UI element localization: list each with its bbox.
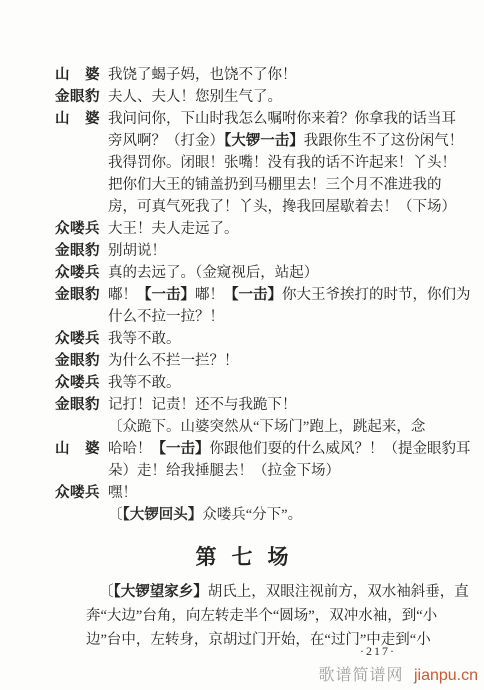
line-text: 我等不敢。	[108, 372, 458, 394]
script-line: 金眼豹夫人、夫人！您别生气了。	[55, 86, 458, 108]
text-segment: 我等不敢。	[108, 375, 181, 391]
line-text: 为什么不拦一拦？！	[108, 350, 458, 372]
speaker-label: 山 婆	[55, 64, 108, 86]
script-line: 房，可真气死我了！丫头，搀我回屋歇着去！（下场）	[55, 196, 458, 218]
text-segment: 大王！夫人走远了。	[108, 221, 239, 237]
line-text: 嘟！【一击】嘟！【一击】你大王爷挨打的时节，你们为	[108, 284, 471, 306]
text-segment: 房，可真气死我了！丫头，搀我回屋歇着去！（下场）	[108, 199, 456, 215]
percussion-cue: 【大锣望家乡】	[114, 584, 208, 600]
line-text: 〔【大锣回头】众喽兵“分下”。	[108, 504, 458, 526]
text-segment: 众喽兵“分下”。	[202, 507, 302, 523]
script-line: 众喽兵我等不敢。	[55, 372, 458, 394]
script-line: 金眼豹为什么不拦一拦？！	[55, 350, 458, 372]
text-segment: 嘟！	[108, 287, 137, 303]
text-segment: 旁风啊？（打金）	[108, 133, 224, 149]
line-text: 嘿！	[108, 482, 458, 504]
text-segment: 你大王爷挨打的时节，你们为	[282, 287, 471, 303]
speaker-label	[55, 306, 108, 328]
text-segment: 我问问你，下山时我怎么嘱咐你来着？你拿我的话当耳	[108, 111, 456, 127]
script-line: 什么不拉一拉？！	[55, 306, 458, 328]
text-segment: 你跟他们耍的什么威风？！（提金眼豹耳	[210, 441, 471, 457]
watermark-site-url: jianpu.cn	[414, 667, 478, 684]
speaker-label: 山 婆	[55, 438, 108, 460]
percussion-cue: 【大锣一击】	[224, 133, 304, 149]
speaker-label: 金眼豹	[55, 284, 108, 306]
percussion-cue: 【一击】	[137, 287, 195, 303]
text-segment: 嘿！	[108, 485, 137, 501]
script-line: 山 婆我问问你，下山时我怎么嘱咐你来着？你拿我的话当耳	[55, 108, 458, 130]
script-line: 我得罚你。闭眼！张嘴！没有我的话不许起来！丫头！	[55, 152, 458, 174]
stage-direction-line: 〔【大锣回头】众喽兵“分下”。	[55, 504, 458, 526]
text-segment: 〔众跪下。山婆突然从“下场门”跑上，跳起来，念	[108, 419, 425, 435]
text-segment: 真的去远了。（金窥视后，站起）	[108, 265, 318, 281]
script-line: 朵）走！给我捶腿去！（拉金下场）	[55, 460, 458, 482]
script-line: 众喽兵我等不敢。	[55, 328, 458, 350]
text-segment: 什么不拉一拉？！	[108, 309, 224, 325]
speaker-label: 众喽兵	[55, 262, 108, 284]
speaker-label	[55, 130, 108, 152]
stage-direction-line: 〔众跪下。山婆突然从“下场门”跑上，跳起来，念	[55, 416, 458, 438]
stage-direction-paragraph: 〔【大锣望家乡】胡氏上，双眼注视前方，双水袖斜垂，直奔“大边”台角，向左转走半个…	[86, 580, 446, 652]
paragraph-line: 〔【大锣望家乡】胡氏上，双眼注视前方，双水袖斜垂，直	[86, 580, 446, 604]
speaker-label: 金眼豹	[55, 240, 108, 262]
speaker-label	[55, 174, 108, 196]
line-text: 朵）走！给我捶腿去！（拉金下场）	[108, 460, 458, 482]
line-text: 把你们大王的铺盖扔到马棚里去！三个月不准进我的	[108, 174, 458, 196]
book-page: 山 婆我饶了蝎子妈，也饶不了你！金眼豹夫人、夫人！您别生气了。山 婆我问问你，下…	[0, 0, 484, 690]
speaker-label	[55, 416, 108, 438]
script-line: 众喽兵大王！夫人走远了。	[55, 218, 458, 240]
text-segment: 胡氏上，双眼注视前方，双水袖斜垂，直	[208, 584, 469, 600]
speaker-label: 众喽兵	[55, 372, 108, 394]
speaker-label	[55, 196, 108, 218]
line-text: 房，可真气死我了！丫头，搀我回屋歇着去！（下场）	[108, 196, 458, 218]
text-segment: 我等不敢。	[108, 331, 181, 347]
line-text: 哈哈！【一击】你跟他们耍的什么威风？！（提金眼豹耳	[108, 438, 471, 460]
text-segment: 别胡说！	[108, 243, 166, 259]
page-number: ·217·	[338, 644, 418, 659]
line-text: 旁风啊？（打金）【大锣一击】我跟你生不了这份闲气！	[108, 130, 463, 152]
line-text: 我饶了蝎子妈，也饶不了你！	[108, 64, 458, 86]
script-line: 众喽兵真的去远了。（金窥视后，站起）	[55, 262, 458, 284]
text-segment: 夫人、夫人！您别生气了。	[108, 89, 282, 105]
speaker-label: 金眼豹	[55, 350, 108, 372]
speaker-label: 众喽兵	[55, 482, 108, 504]
text-segment: 〔	[99, 584, 114, 600]
line-text: 夫人、夫人！您别生气了。	[108, 86, 458, 108]
script-line: 山 婆哈哈！【一击】你跟他们耍的什么威风？！（提金眼豹耳	[55, 438, 458, 460]
speaker-label: 金眼豹	[55, 86, 108, 108]
script-line: 旁风啊？（打金）【大锣一击】我跟你生不了这份闲气！	[55, 130, 458, 152]
speaker-label	[55, 504, 108, 526]
text-segment: 朵）走！给我捶腿去！（拉金下场）	[108, 463, 340, 479]
text-segment: 〔	[108, 507, 123, 523]
script-line: 金眼豹别胡说！	[55, 240, 458, 262]
line-text: 真的去远了。（金窥视后，站起）	[108, 262, 458, 284]
text-segment: 我得罚你。闭眼！张嘴！没有我的话不许起来！丫头！	[108, 155, 456, 171]
line-text: 记打！记责！还不与我跪下！	[108, 394, 458, 416]
script-lines: 山 婆我饶了蝎子妈，也饶不了你！金眼豹夫人、夫人！您别生气了。山 婆我问问你，下…	[55, 64, 458, 526]
line-text: 大王！夫人走远了。	[108, 218, 458, 240]
line-text: 别胡说！	[108, 240, 458, 262]
watermark-site-name: 歌谱简谱网	[318, 667, 403, 684]
text-segment: 奔“大边”台角，向左转走半个“圆场”，双冲水袖，到“小	[86, 608, 437, 624]
scene-title: 第七场	[0, 542, 484, 572]
speaker-label	[55, 152, 108, 174]
percussion-cue: 【一击】	[152, 441, 210, 457]
speaker-label: 众喽兵	[55, 328, 108, 350]
script-line: 众喽兵嘿！	[55, 482, 458, 504]
script-line: 把你们大王的铺盖扔到马棚里去！三个月不准进我的	[55, 174, 458, 196]
script-line: 金眼豹嘟！【一击】嘟！【一击】你大王爷挨打的时节，你们为	[55, 284, 458, 306]
script-line: 金眼豹记打！记责！还不与我跪下！	[55, 394, 458, 416]
line-text: 我得罚你。闭眼！张嘴！没有我的话不许起来！丫头！	[108, 152, 458, 174]
line-text: 我问问你，下山时我怎么嘱咐你来着？你拿我的话当耳	[108, 108, 458, 130]
text-segment: 把你们大王的铺盖扔到马棚里去！三个月不准进我的	[108, 177, 442, 193]
text-segment: 记打！记责！还不与我跪下！	[108, 397, 297, 413]
speaker-label: 山 婆	[55, 108, 108, 130]
watermark: 歌谱简谱网 jianpu.cn	[318, 662, 478, 685]
line-text: 我等不敢。	[108, 328, 458, 350]
line-text: 〔众跪下。山婆突然从“下场门”跑上，跳起来，念	[108, 416, 458, 438]
text-segment: 哈哈！	[108, 441, 152, 457]
text-segment: 嘟！	[195, 287, 224, 303]
line-text: 什么不拉一拉？！	[108, 306, 458, 328]
paragraph-line: 奔“大边”台角，向左转走半个“圆场”，双冲水袖，到“小	[86, 604, 446, 628]
percussion-cue: 【大锣回头】	[123, 507, 203, 523]
text-segment: 我饶了蝎子妈，也饶不了你！	[108, 67, 297, 83]
speaker-label: 众喽兵	[55, 218, 108, 240]
text-segment: 为什么不拦一拦？！	[108, 353, 239, 369]
speaker-label	[55, 460, 108, 482]
script-line: 山 婆我饶了蝎子妈，也饶不了你！	[55, 64, 458, 86]
text-segment: 我跟你生不了这份闲气！	[304, 133, 464, 149]
speaker-label: 金眼豹	[55, 394, 108, 416]
percussion-cue: 【一击】	[224, 287, 282, 303]
